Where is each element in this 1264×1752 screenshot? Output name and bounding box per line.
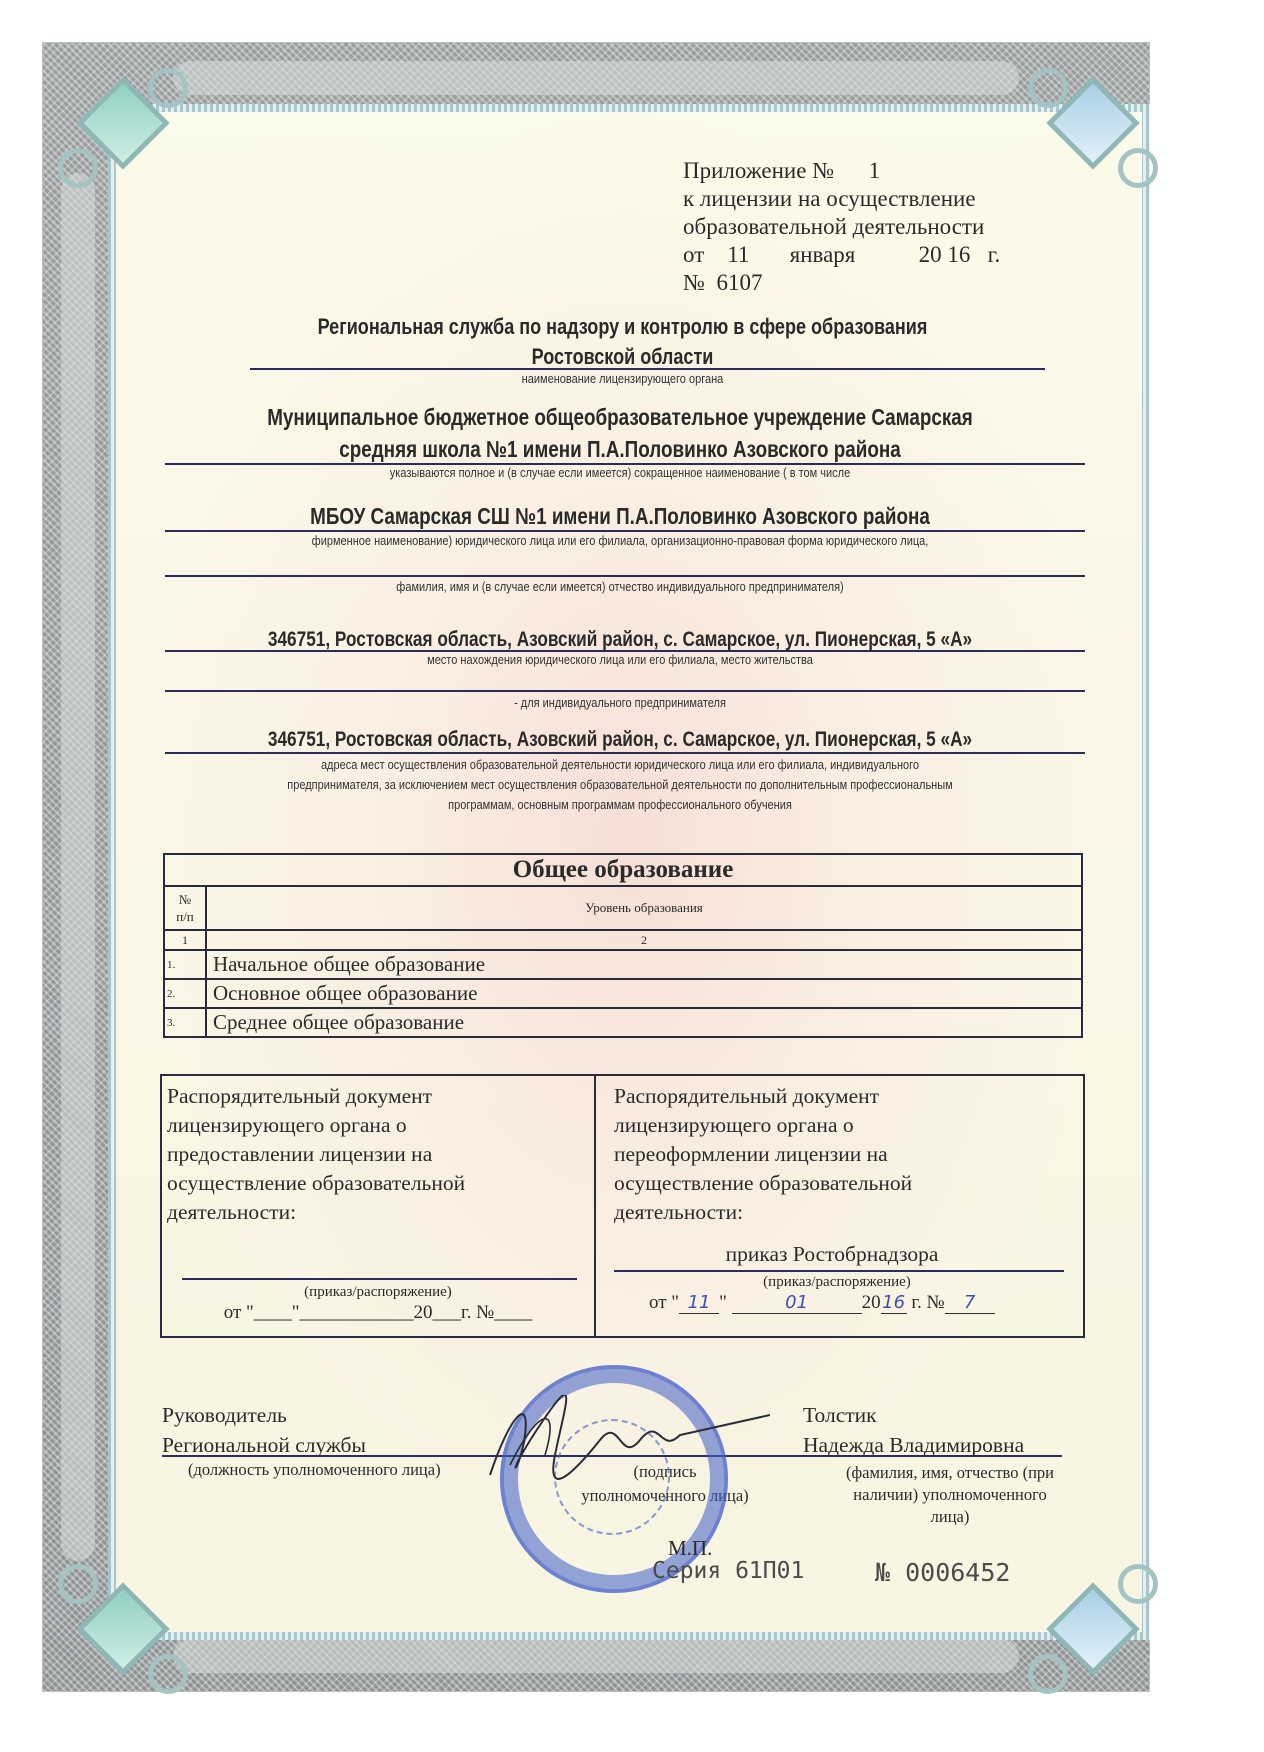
education-level: Среднее общее образование (206, 1008, 1082, 1037)
education-level: Основное общее образование (206, 979, 1082, 1008)
reissue-doc-type-underline (614, 1270, 1064, 1272)
column-divider (594, 1076, 596, 1336)
licensee-caption-3: фамилия, имя и (в случае если имеется) о… (180, 580, 1060, 594)
licensee-caption-2: фирменное наименование) юридического лиц… (180, 534, 1060, 548)
residence-caption: - для индивидуального предпринимателя (180, 696, 1060, 710)
short-name-underline (165, 530, 1085, 532)
signatory-name: Толстик Надежда Владимировна (803, 1400, 1024, 1460)
reissue-line-1: Распорядительный документ (614, 1082, 912, 1111)
education-level: Начальное общее образование (206, 950, 1082, 979)
row-number: 1. (164, 950, 206, 979)
reissue-number: 7 (945, 1292, 995, 1314)
reissue-number-label: г. № (911, 1292, 944, 1313)
education-levels-table: Общее образование № п/п Уровень образова… (163, 853, 1083, 1038)
row-number: 2. (164, 979, 206, 1008)
date-day: 11 (727, 242, 749, 267)
grant-line-1: Распорядительный документ (167, 1082, 465, 1111)
administrative-documents-box: Распорядительный документ лицензирующего… (160, 1074, 1085, 1338)
reissue-line-5: деятельности: (614, 1198, 912, 1227)
residence-underline (165, 690, 1085, 692)
signatory-surname: Толстик (803, 1400, 1024, 1430)
date-month: января (790, 242, 856, 267)
authority-line-1: Региональная служба по надзору и контрол… (243, 312, 1002, 342)
signatory-position: Руководитель Региональной службы (162, 1400, 366, 1460)
grant-date-line: от "____"____________20___г. №____ (162, 1302, 594, 1324)
legal-address-caption: место нахождения юридического лица или е… (180, 653, 1060, 667)
guilloche-band-left (61, 173, 95, 1561)
grant-order-description: Распорядительный документ лицензирующего… (167, 1082, 465, 1227)
licensee-caption-1: указываются полное и (в случае если имее… (180, 466, 1060, 480)
corner-ornament-top-left-icon (48, 48, 198, 198)
licensee-short-name: МБОУ Самарская СШ №1 имени П.А.Половинко… (210, 500, 1030, 532)
reissue-date-line: от "11" 012016 г. №7 (649, 1292, 995, 1314)
activity-caption-line-1: адреса мест осуществления образовательно… (162, 755, 1077, 775)
reissue-line-2: лицензирующего органа о (614, 1111, 912, 1140)
activity-address-caption: адреса мест осуществления образовательно… (162, 755, 1077, 815)
position-caption: (должность уполномоченного лица) (188, 1460, 441, 1480)
guilloche-band-top (173, 61, 1019, 95)
column-header-number-line-2: п/п (165, 908, 205, 925)
grant-line-3: предоставлении лицензии на (167, 1140, 465, 1169)
licensee-name-line-2: средняя школа №1 имени П.А.Половинко Азо… (210, 433, 1030, 465)
appendix-header: Приложение № 1 к лицензии на осуществлен… (683, 157, 1000, 297)
table-row: 1. Начальное общее образование (164, 950, 1082, 979)
activity-address: 346751, Ростовская область, Азовский рай… (210, 725, 1030, 755)
reissue-date-prefix: от " (649, 1292, 679, 1313)
name-caption-line-3: лица) (820, 1506, 1080, 1528)
appendix-number: 1 (869, 158, 881, 183)
reissue-line-3: переоформлении лицензии на (614, 1140, 912, 1169)
license-number: 6107 (716, 270, 762, 295)
reissue-day: 11 (679, 1292, 719, 1314)
appendix-line-3: образовательной деятельности (683, 213, 1000, 241)
column-header-number: № п/п (164, 886, 206, 930)
grant-doc-caption: (приказ/распоряжение) (162, 1284, 594, 1301)
date-year-unit: г. (988, 242, 1001, 267)
grant-doc-type-underline (182, 1278, 577, 1280)
grant-line-5: деятельности: (167, 1198, 465, 1227)
corner-ornament-bottom-left-icon (48, 1554, 198, 1704)
appendix-label: Приложение № (683, 158, 834, 183)
signatory-given-names: Надежда Владимировна (803, 1430, 1024, 1460)
reissue-doc-type: приказ Ростобрнадзора (602, 1242, 1062, 1267)
corner-ornament-top-right-icon (1018, 48, 1168, 198)
reissue-month: 01 (732, 1292, 862, 1314)
grant-line-4: осуществление образовательной (167, 1169, 465, 1198)
licensing-authority: Региональная служба по надзору и контрол… (243, 312, 1002, 372)
reissue-order-description: Распорядительный документ лицензирующего… (614, 1082, 912, 1227)
appendix-line-2: к лицензии на осуществление (683, 185, 1000, 213)
licensee-name-underline (165, 463, 1085, 465)
column-header-level: Уровень образования (206, 886, 1082, 930)
reissue-year-prefix: 20 (862, 1292, 881, 1313)
licensee-full-name: Муниципальное бюджетное общеобразователь… (210, 401, 1030, 465)
reissue-doc-caption: (приказ/распоряжение) (602, 1274, 1072, 1291)
activity-address-underline (165, 752, 1085, 754)
grant-line-2: лицензирующего органа о (167, 1111, 465, 1140)
activity-caption-line-2: предпринимателя, за исключением мест осу… (162, 775, 1077, 795)
column-index-1: 1 (164, 930, 206, 950)
column-header-number-line-1: № (165, 891, 205, 908)
corner-ornament-bottom-right-icon (1018, 1554, 1168, 1704)
reissue-line-4: осуществление образовательной (614, 1169, 912, 1198)
table-row: 3. Среднее общее образование (164, 1008, 1082, 1037)
authority-caption: наименование лицензирующего органа (216, 372, 1030, 386)
name-caption-line-2: наличии) уполномоченного (820, 1484, 1080, 1506)
table-row: 2. Основное общее образование (164, 979, 1082, 1008)
form-series: Серия 61П01 (652, 1558, 804, 1584)
date-year-prefix: 20 (919, 242, 942, 267)
row-number: 3. (164, 1008, 206, 1037)
activity-caption-line-3: программам, основным программам професси… (162, 795, 1077, 815)
name-caption-line-1: (фамилия, имя, отчество (при (820, 1462, 1080, 1484)
authority-underline (250, 368, 1045, 370)
position-line-1: Руководитель (162, 1400, 366, 1430)
date-prefix: от (683, 242, 704, 267)
name-caption: (фамилия, имя, отчество (при наличии) уп… (820, 1462, 1080, 1528)
legal-address-underline (165, 650, 1085, 652)
license-number-label: № (683, 270, 705, 295)
form-number: № 0006452 (875, 1558, 1010, 1587)
reissue-year-suffix: 16 (881, 1292, 907, 1314)
entrepreneur-name-underline (165, 575, 1085, 577)
licensee-name-line-1: Муниципальное бюджетное общеобразователь… (210, 401, 1030, 433)
date-year-suffix: 16 (947, 242, 970, 267)
handwritten-signature-icon (470, 1395, 770, 1495)
table-title: Общее образование (164, 854, 1082, 886)
column-index-2: 2 (206, 930, 1082, 950)
guilloche-band-bottom (173, 1639, 1019, 1673)
